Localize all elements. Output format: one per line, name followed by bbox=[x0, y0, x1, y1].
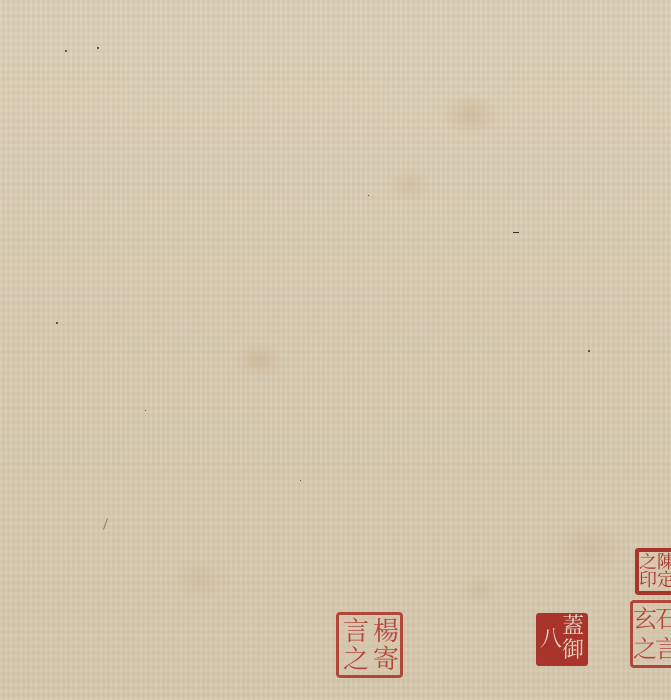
paper-speck bbox=[368, 195, 369, 196]
paper-speck bbox=[56, 322, 58, 324]
seal-stamp-2: 蓋 御 八 bbox=[536, 613, 588, 666]
seal-character: 玄 bbox=[633, 607, 657, 631]
seal-character: 之 bbox=[343, 647, 369, 673]
paper-speck bbox=[145, 410, 146, 411]
paper-fiber bbox=[513, 232, 519, 233]
paper-speck bbox=[65, 50, 67, 52]
seal-character: 言 bbox=[655, 637, 671, 661]
seal-character: 寄 bbox=[373, 647, 399, 673]
paper-fiber bbox=[103, 518, 108, 530]
paper-speck bbox=[97, 47, 99, 49]
seal-character: 之 bbox=[633, 637, 657, 661]
seal-stamp-3: 陳 定 之 印 bbox=[635, 548, 671, 595]
seal-character: 印 bbox=[639, 572, 657, 590]
seal-character: 楊 bbox=[373, 619, 399, 645]
seal-character: 石 bbox=[655, 607, 671, 631]
seal-character: 定 bbox=[657, 572, 671, 590]
seal-stamp-1: 楊 寄 言 之 bbox=[336, 612, 403, 678]
seal-character: 蓋 bbox=[562, 616, 584, 638]
seal-stamp-4: 石 言 玄 之 bbox=[630, 600, 671, 668]
paper-background: 楊 寄 言 之 蓋 御 八 陳 定 之 印 石 言 玄 之 bbox=[0, 0, 671, 700]
paper-speck bbox=[300, 480, 301, 481]
paper-speck bbox=[588, 350, 590, 352]
seal-character: 御 bbox=[562, 640, 584, 662]
seal-character: 言 bbox=[343, 619, 369, 645]
seal-character: 八 bbox=[540, 629, 562, 651]
